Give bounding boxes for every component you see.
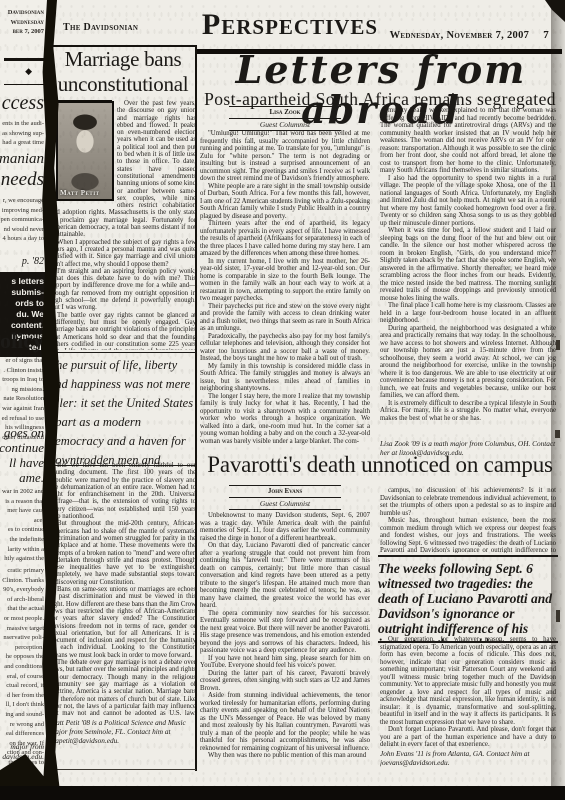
marriage-credit: Matt Petit '08 is a Political Science an… (50, 718, 196, 746)
paragraph: On that day, Luciano Pavarotti died of p… (200, 542, 370, 610)
pavarotti-column-2-intro: campus, no discussion of his achievement… (380, 487, 556, 553)
paragraph: eral, of course (2, 672, 44, 682)
marriage-headline: Marriage bans unconstitutional (52, 47, 194, 97)
marriage-body-top: he welcome matt Matt Petit Over the past… (50, 100, 196, 350)
paragraph: of arch-liberal (2, 595, 44, 605)
abroad-byline-title: Guest Columnist (229, 120, 341, 129)
paragraph: es to continue (2, 525, 44, 535)
paragraph: perception. (2, 643, 44, 653)
paragraph: troops in Iraq to (2, 375, 44, 385)
paragraph: had a great time (2, 138, 44, 148)
paragraph: The longer I stay here, the more I reali… (200, 393, 370, 446)
paragraph: eal differences (2, 729, 44, 739)
paragraph: Unbeknownst to many Davidson students, S… (200, 512, 370, 542)
paragraph: ll have (0, 455, 44, 470)
adjacent-text: war in 2002 andis a reason thatmer have … (2, 487, 44, 564)
paragraph: ing and sound- (2, 710, 44, 720)
byline-rule (229, 118, 341, 119)
paragraph: pen communica- (1, 215, 45, 225)
adjacent-masthead-line: Davidsonian (8, 8, 44, 18)
date-text: Wednesday, November 7, 2007 (390, 30, 530, 41)
paragraph: But throughout the mid-20th century, Afr… (50, 520, 196, 586)
photo-name-label: Matt Petit (60, 190, 100, 197)
pavarotti-byline: John Evans Guest Columnist (229, 484, 341, 511)
adjacent-page-sliver: DavidsonianWednesdayber 7, 2007 ◆ ccess … (0, 0, 46, 800)
paragraph: htly against the (2, 554, 44, 564)
paragraph: continue (0, 440, 44, 455)
paragraph: he opposes the (2, 652, 44, 662)
divider (4, 84, 44, 85)
scan-edge-mark (555, 430, 560, 438)
paragraph: ll, I don't think (2, 700, 44, 710)
letters-box-line: ords to (0, 298, 44, 309)
adjacent-masthead: DavidsonianWednesdayber 7, 2007 (8, 8, 44, 37)
marriage-box-bottom-rule (44, 769, 196, 770)
adjacent-masthead-line: ber 7, 2007 (8, 27, 44, 37)
pavarotti-column-2: Our generation, for whatever reason, see… (380, 636, 556, 746)
byline-rule (229, 509, 341, 510)
paragraph: ed refusal to use (2, 414, 44, 424)
paragraph: Clinton. Thanks (2, 576, 44, 586)
divider (4, 58, 44, 61)
paragraph: Music has, throughout human existence, b… (380, 517, 556, 553)
marriage-body-bottom: But we have not been entirely faithful t… (50, 462, 196, 715)
dateline: Wednesday, November 7, 20077 (390, 29, 549, 41)
paragraph: that the actual (2, 604, 44, 614)
paragraph: goes on (0, 425, 44, 440)
paragraph: Why then was there no public mention of … (200, 752, 370, 760)
paragraph: During the latter part of his career, Pa… (200, 670, 370, 693)
marriage-pull-quote: The pursuit of life, liberty and happine… (49, 352, 196, 466)
adjacent-heading: ccess (2, 92, 44, 115)
pavarotti-headline: Pavarotti's death unnoticed on campus (197, 452, 563, 478)
pavarotti-credit: John Evans '11 is from Atlanta, GA. Cont… (380, 749, 556, 769)
adjacent-heading: olicy (0, 328, 44, 354)
pavarotti-byline-name: John Evans (229, 487, 341, 496)
paragraph: Paradoxically, the paychecks also pay fo… (200, 333, 370, 363)
paragraph: d her from the (2, 691, 44, 701)
paragraph: In my current home, I live with my host … (200, 258, 370, 303)
section-title: Perspectives (180, 8, 400, 42)
paragraph: ents in the audi- (2, 119, 44, 129)
byline-rule (229, 106, 341, 107)
adjacent-text: cratic primaryClinton. Thanks90's, every… (2, 566, 44, 767)
paragraph: as showing sup- (2, 129, 44, 139)
photo-caption: he welcome matt (58, 100, 112, 103)
paragraph: mer have cau- (2, 506, 44, 516)
marriage-box-top-rule (46, 45, 196, 47)
paragraph: Our generation, for whatever reason, see… (380, 636, 556, 726)
paragraph: nate Resolution (2, 394, 44, 404)
paragraph: It is extremely difficult to describe a … (380, 400, 556, 423)
paragraph: ame. (0, 470, 44, 485)
paragraph: When I approached the subject of gay rig… (50, 239, 196, 268)
paragraph: I'm straight and an aspiring foreign pol… (50, 268, 196, 312)
abroad-column-1: "Umlungu! Umlungu!" That word has been y… (200, 130, 370, 450)
paragraph: is a reason that (2, 497, 44, 507)
paragraph: If you have not heard him sing, please s… (200, 655, 370, 670)
paragraph: White people are a rare sight in the sma… (200, 183, 370, 221)
letters-box-line: submis- (0, 287, 44, 298)
marriage-headline-line2: unconstitutional (52, 72, 194, 97)
paragraph: ng missions. (2, 385, 44, 395)
paragraph: munity health worker explained to me tha… (380, 107, 556, 175)
adjacent-heading: manian (0, 151, 44, 168)
paragraph: 90's, everybody (2, 585, 44, 595)
paragraph: Bans on same-sex unions or marriages are… (50, 586, 196, 659)
abroad-byline: Lisa Zook Guest Columnist (229, 105, 341, 132)
paragraph: or most people. (2, 614, 44, 624)
columnist-photo: he welcome matt Matt Petit (56, 101, 114, 201)
abroad-byline-name: Lisa Zook (229, 108, 341, 117)
paragraph: But we have not been entirely faithful t… (50, 462, 196, 520)
paragraph: ctual record, it (2, 681, 44, 691)
paragraph: I also had the opportunity to spend two … (380, 175, 556, 228)
pavarotti-column-1: Unbeknownst to many Davidson students, S… (200, 512, 370, 766)
letters-box-line: du. We (0, 309, 44, 320)
paragraph: nd would never (1, 225, 45, 235)
paragraph: Thirteen years after the end of aparthei… (200, 220, 370, 258)
adjacent-signature: p. '82 (22, 256, 44, 267)
paragraph: war in 2002 and (2, 487, 44, 497)
paragraph: The opera community now searches for his… (200, 610, 370, 655)
scan-edge-shadow (551, 0, 565, 800)
paragraph: 4 hours a day to (1, 234, 45, 244)
pavarotti-byline-title: Guest Columnist (229, 499, 341, 508)
byline-rule (229, 485, 341, 486)
paragraph: My family in this township is considered… (200, 363, 370, 393)
paragraph: massive target (2, 624, 44, 634)
pavarotti-pull-quote: The weeks following Sept. 6 witnessed tw… (378, 555, 558, 643)
paragraph: larity within a (2, 545, 44, 555)
paragraph: Don't forget Luciano Pavarotti. And plea… (380, 726, 556, 746)
paragraph: . Clinton insists (2, 366, 44, 376)
paragraph: During apartheid, the neighborhood was d… (380, 325, 556, 400)
paragraph: major from (2, 742, 44, 752)
paragraph: The battle over gay rights cannot be gla… (50, 312, 196, 350)
paragraph: When it was time for bed, a fellow stude… (380, 227, 556, 302)
adjacent-text: ents in the audi-as showing sup-had a gr… (2, 119, 44, 148)
paragraph: cratic primary (2, 566, 44, 576)
scan-edge-mark (556, 610, 560, 622)
abroad-column-2: munity health worker explained to me tha… (380, 107, 556, 437)
scan-edge-mark (556, 340, 560, 350)
paragraph: and conditions. (2, 662, 44, 672)
diamond-ornament: ◆ (25, 66, 32, 77)
paragraph: er of signs that (2, 356, 44, 366)
adjacent-pullquote: goes oncontinuell haveame. (0, 425, 44, 485)
scan-bottom-bar (0, 786, 565, 800)
letters-box-line: s letters (0, 276, 44, 287)
paragraph: ace. (2, 516, 44, 526)
paragraph: r, we encourage (1, 196, 45, 206)
newspaper-page-scan: DavidsonianWednesdayber 7, 2007 ◆ ccess … (0, 0, 565, 800)
masthead: The Davidsonian (63, 22, 138, 33)
page-number: 7 (543, 29, 549, 41)
adjacent-text: r, we encourageimproving med-pen communi… (1, 196, 45, 244)
paragraph: Their paychecks put rice and stew on the… (200, 303, 370, 333)
adjacent-masthead-line: Wednesday (8, 18, 44, 28)
byline-rule (229, 497, 341, 498)
paragraph: improving med- (1, 206, 45, 216)
paragraph: The debate over gay marriage is not a de… (50, 659, 196, 715)
marriage-headline-line1: Marriage bans (52, 47, 194, 72)
paragraph: war against Iran (2, 404, 44, 414)
paragraph: re wrong and (2, 720, 44, 730)
paragraph: The final place I call home here is my c… (380, 302, 556, 325)
paragraph: the indefinite (2, 535, 44, 545)
paragraph: nservative poli- (2, 633, 44, 643)
adjacent-heading: needs (1, 169, 44, 191)
paragraph: campus, no discussion of his achievement… (380, 487, 556, 517)
paragraph: "Umlungu! Umlungu!" That word has been y… (200, 130, 370, 183)
paragraph: Aside from stunning individual achieveme… (200, 692, 370, 752)
